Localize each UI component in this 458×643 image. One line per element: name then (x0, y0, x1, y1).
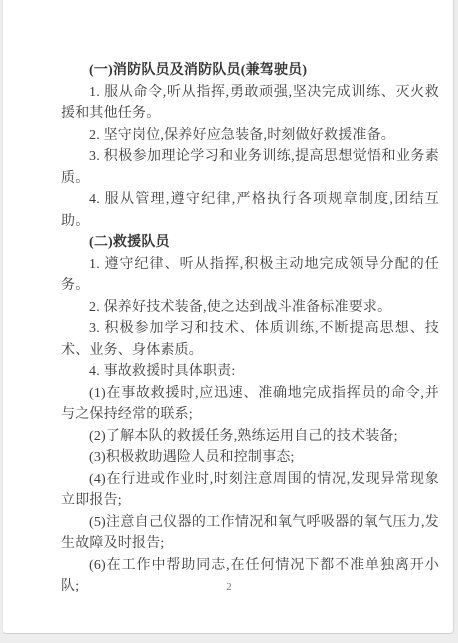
paragraph: 4. 服从管理,遵守纪律,严格执行各项规章制度,团结互助。 (61, 189, 439, 232)
paragraph: 3. 积极参加理论学习和业务训练,提高思想觉悟和业务素质。 (61, 146, 439, 189)
paragraph: (5)注意自己仪器的工作情况和氧气呼吸器的氧气压力,发生故障及时报告; (61, 512, 439, 555)
paragraph: 2. 坚守岗位,保养好应急装备,时刻做好救援准备。 (61, 125, 439, 147)
paragraph: (3)积极救助遇险人员和控制事态; (61, 447, 439, 469)
paragraph: 4. 事故救援时具体职责: (61, 361, 439, 383)
document-content: (一)消防队员及消防队员(兼驾驶员)1. 服从命令,听从指挥,勇敢顽强,坚决完成… (61, 60, 439, 598)
paragraph: 2. 保养好技术装备,使之达到战斗准备标准要求。 (61, 297, 439, 319)
paragraph: (2)了解本队的救援任务,熟练运用自己的技术装备; (61, 426, 439, 448)
paragraph: 1. 服从命令,听从指挥,勇敢顽强,坚决完成训练、灭火救援和其他任务。 (61, 82, 439, 125)
paragraph: (4)在行进或作业时,时刻注意周围的情况,发现异常现象立即报告; (61, 469, 439, 512)
document-page: (一)消防队员及消防队员(兼驾驶员)1. 服从命令,听从指挥,勇敢顽强,坚决完成… (2, 0, 454, 634)
paragraph: 1. 遵守纪律、听从指挥,积极主动地完成领导分配的任务。 (61, 254, 439, 297)
paragraph: 3. 积极参加学习和技术、体质训练,不断提高思想、技术、业务、身体素质。 (61, 318, 439, 361)
section-heading: (一)消防队员及消防队员(兼驾驶员) (61, 60, 439, 82)
page-number: 2 (3, 582, 455, 593)
section-heading: (二)救援队员 (61, 232, 439, 254)
paragraph: (1)在事故救援时,应迅速、准确地完成指挥员的命令,并与之保持经常的联系; (61, 383, 439, 426)
